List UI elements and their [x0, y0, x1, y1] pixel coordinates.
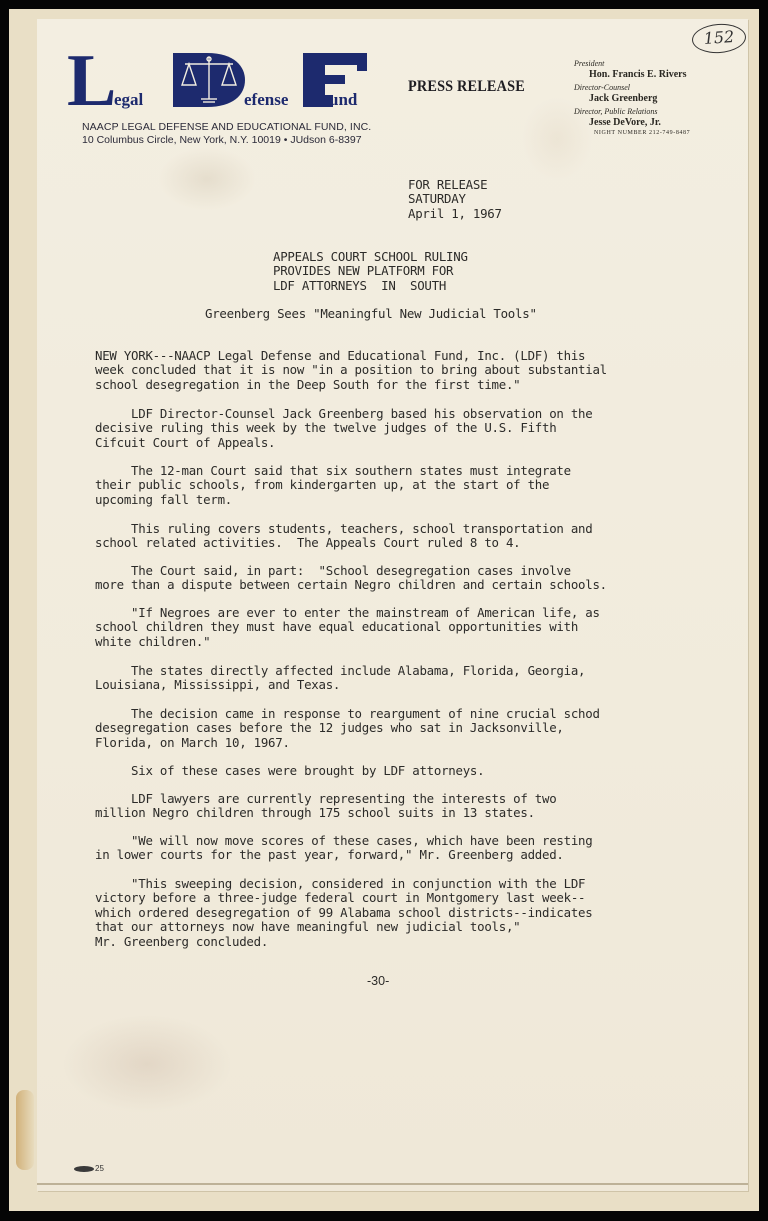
text-line: school desegregation in the Deep South f…: [95, 378, 607, 392]
text-line: Florida, on March 10, 1967.: [95, 736, 600, 750]
union-label-icon: [74, 1166, 94, 1172]
paragraph: "This sweeping decision, considered in c…: [95, 877, 592, 949]
release-day: SATURDAY: [408, 192, 502, 206]
officers-list: President Hon. Francis E. Rivers Directo…: [574, 59, 744, 137]
text-line: more than a dispute between certain Negr…: [95, 578, 607, 592]
text-line: Mr. Greenberg concluded.: [95, 935, 592, 949]
night-number: NIGHT NUMBER 212-749-8487: [574, 129, 744, 137]
subheadline: Greenberg Sees "Meaningful New Judicial …: [205, 307, 537, 321]
paragraph: LDF lawyers are currently representing t…: [95, 792, 556, 821]
text-line: The Court said, in part: "School desegre…: [95, 564, 607, 578]
organization-name: NAACP LEGAL DEFENSE AND EDUCATIONAL FUND…: [82, 121, 371, 133]
text-line: school children they must have equal edu…: [95, 620, 600, 634]
text-line: which ordered desegregation of 99 Alabam…: [95, 906, 592, 920]
headline-line: LDF ATTORNEYS IN SOUTH: [273, 279, 468, 293]
text-line: their public schools, from kindergarten …: [95, 478, 571, 492]
text-line: LDF lawyers are currently representing t…: [95, 792, 556, 806]
headline: APPEALS COURT SCHOOL RULINGPROVIDES NEW …: [273, 250, 468, 293]
text-line: Louisiana, Mississippi, and Texas.: [95, 678, 585, 692]
text-line: Cifcuit Court of Appeals.: [95, 436, 592, 450]
paragraph: The decision came in response to reargum…: [95, 707, 600, 750]
text-line: NEW YORK---NAACP Legal Defense and Educa…: [95, 349, 607, 363]
paragraph: Six of these cases were brought by LDF a…: [95, 764, 484, 778]
logo-letter-l: L: [67, 51, 116, 109]
union-bug: 25: [74, 1164, 104, 1173]
text-line: "This sweeping decision, considered in c…: [95, 877, 592, 891]
release-date-block: FOR RELEASESATURDAYApril 1, 1967: [408, 178, 502, 221]
text-line: week concluded that it is now "in a posi…: [95, 363, 607, 377]
organization-address: 10 Columbus Circle, New York, N.Y. 10019…: [82, 134, 362, 146]
end-mark: -30-: [367, 974, 389, 988]
paragraph: The 12-man Court said that six southern …: [95, 464, 571, 507]
text-line: Six of these cases were brought by LDF a…: [95, 764, 484, 778]
officer-name: Hon. Francis E. Rivers: [574, 68, 744, 81]
text-line: million Negro children through 175 schoo…: [95, 806, 556, 820]
paragraph: The Court said, in part: "School desegre…: [95, 564, 607, 593]
text-line: LDF Director-Counsel Jack Greenberg base…: [95, 407, 592, 421]
logo-word-egal: egal: [114, 90, 144, 109]
text-line: "We will now move scores of these cases,…: [95, 834, 592, 848]
paragraph: NEW YORK---NAACP Legal Defense and Educa…: [95, 349, 607, 392]
text-line: The decision came in response to reargum…: [95, 707, 600, 721]
officer-role: Director-Counsel: [574, 83, 744, 92]
text-line: that our attorneys now have meaningful n…: [95, 920, 592, 934]
text-line: white children.": [95, 635, 600, 649]
text-line: decisive ruling this week by the twelve …: [95, 421, 592, 435]
text-line: victory before a three-judge federal cou…: [95, 891, 592, 905]
press-release-label: PRESS RELEASE: [408, 78, 525, 96]
ldf-logo: L egal efense und: [67, 51, 382, 109]
headline-line: APPEALS COURT SCHOOL RULING: [273, 250, 468, 264]
logo-word-efense: efense: [244, 90, 289, 109]
text-line: in lower courts for the past year, forwa…: [95, 848, 592, 862]
paragraph: "If Negroes are ever to enter the mainst…: [95, 606, 600, 649]
paragraph: LDF Director-Counsel Jack Greenberg base…: [95, 407, 592, 450]
paragraph: "We will now move scores of these cases,…: [95, 834, 592, 863]
officer-name: Jesse DeVore, Jr.: [574, 116, 744, 129]
release-line: FOR RELEASE: [408, 178, 502, 192]
paragraph: The states directly affected include Ala…: [95, 664, 585, 693]
page-edge: [37, 1183, 748, 1185]
text-line: "If Negroes are ever to enter the mainst…: [95, 606, 600, 620]
release-date: April 1, 1967: [408, 207, 502, 221]
officer-role: Director, Public Relations: [574, 107, 744, 116]
union-bug-number: 25: [95, 1164, 104, 1173]
paragraph: This ruling covers students, teachers, s…: [95, 522, 592, 551]
water-stain: [16, 1090, 34, 1170]
headline-line: PROVIDES NEW PLATFORM FOR: [273, 264, 468, 278]
text-line: school related activities. The Appeals C…: [95, 536, 592, 550]
text-line: desegregation cases before the 12 judges…: [95, 721, 600, 735]
logo-word-und: und: [329, 90, 358, 109]
text-line: The 12-man Court said that six southern …: [95, 464, 571, 478]
officer-name: Jack Greenberg: [574, 92, 744, 105]
text-line: upcoming fall term.: [95, 493, 571, 507]
officer-role: President: [574, 59, 744, 68]
text-line: This ruling covers students, teachers, s…: [95, 522, 592, 536]
text-line: The states directly affected include Ala…: [95, 664, 585, 678]
